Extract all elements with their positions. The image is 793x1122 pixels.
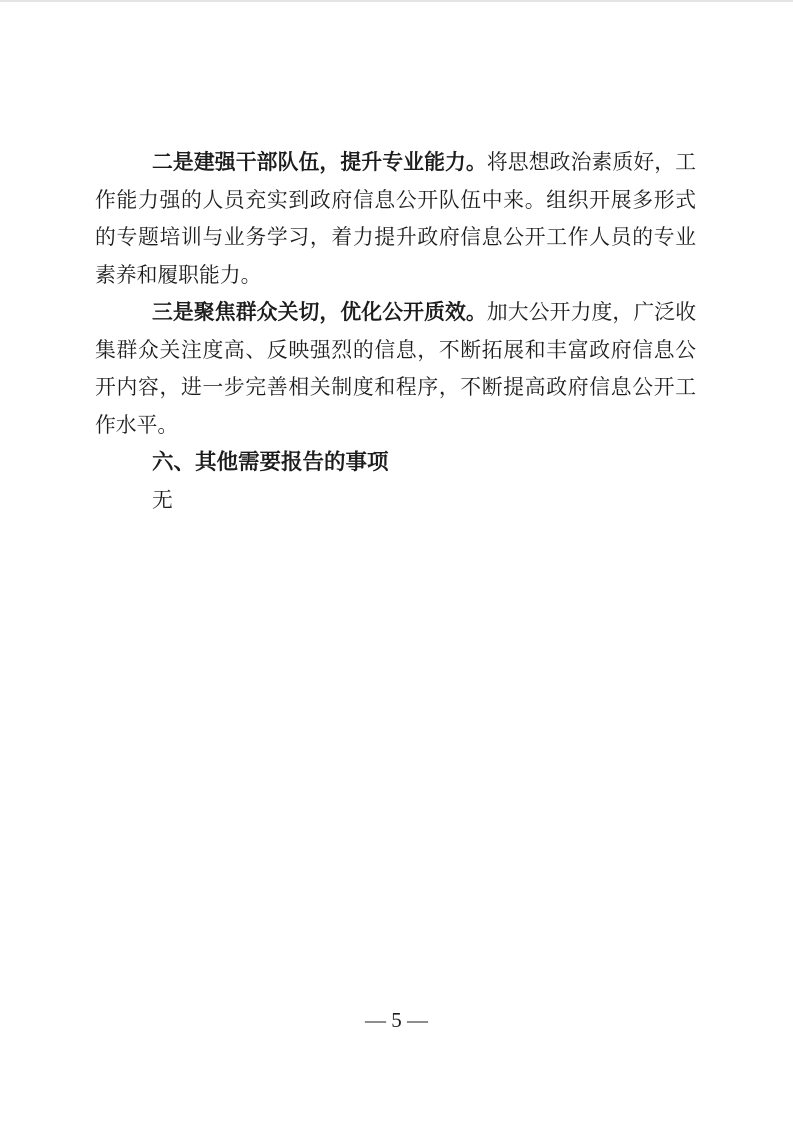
- text-line: 作水平。: [95, 407, 696, 445]
- text-line: 二是建强干部队伍，提升专业能力。将思想政治素质好，工: [95, 144, 696, 182]
- text-line: 集群众关注度高、反映强烈的信息，不断拓展和丰富政府信息公: [95, 332, 696, 370]
- paragraph-lead-bold: 二是建强干部队伍，提升专业能力。: [152, 151, 487, 174]
- text-line: 素养和履职能力。: [95, 257, 696, 295]
- text-line: 作能力强的人员充实到政府信息公开队伍中来。组织开展多形式: [95, 182, 696, 220]
- paragraph-item-three: 三是聚焦群众关切，优化公开质效。加大公开力度，广泛收 集群众关注度高、反映强烈的…: [95, 294, 696, 444]
- paragraph-lead-bold: 三是聚焦群众关切，优化公开质效。: [152, 301, 487, 324]
- document-page: 二是建强干部队伍，提升专业能力。将思想政治素质好，工 作能力强的人员充实到政府信…: [0, 0, 793, 1122]
- document-body: 二是建强干部队伍，提升专业能力。将思想政治素质好，工 作能力强的人员充实到政府信…: [95, 144, 696, 519]
- paragraph-text: 加大公开力度，广泛收: [487, 301, 696, 324]
- paragraph-item-two: 二是建强干部队伍，提升专业能力。将思想政治素质好，工 作能力强的人员充实到政府信…: [95, 144, 696, 294]
- text-line: 的专题培训与业务学习，着力提升政府信息公开工作人员的专业: [95, 219, 696, 257]
- section-heading: 六、其他需要报告的事项: [95, 444, 696, 482]
- text-line: 开内容，进一步完善相关制度和程序，不断提高政府信息公开工: [95, 369, 696, 407]
- page-number: — 5 —: [0, 1003, 793, 1037]
- paragraph-text: 将思想政治素质好，工: [487, 151, 696, 174]
- section-body-none: 无: [95, 482, 696, 520]
- text-line: 三是聚焦群众关切，优化公开质效。加大公开力度，广泛收: [95, 294, 696, 332]
- scan-edge-artifact: [0, 0, 793, 2]
